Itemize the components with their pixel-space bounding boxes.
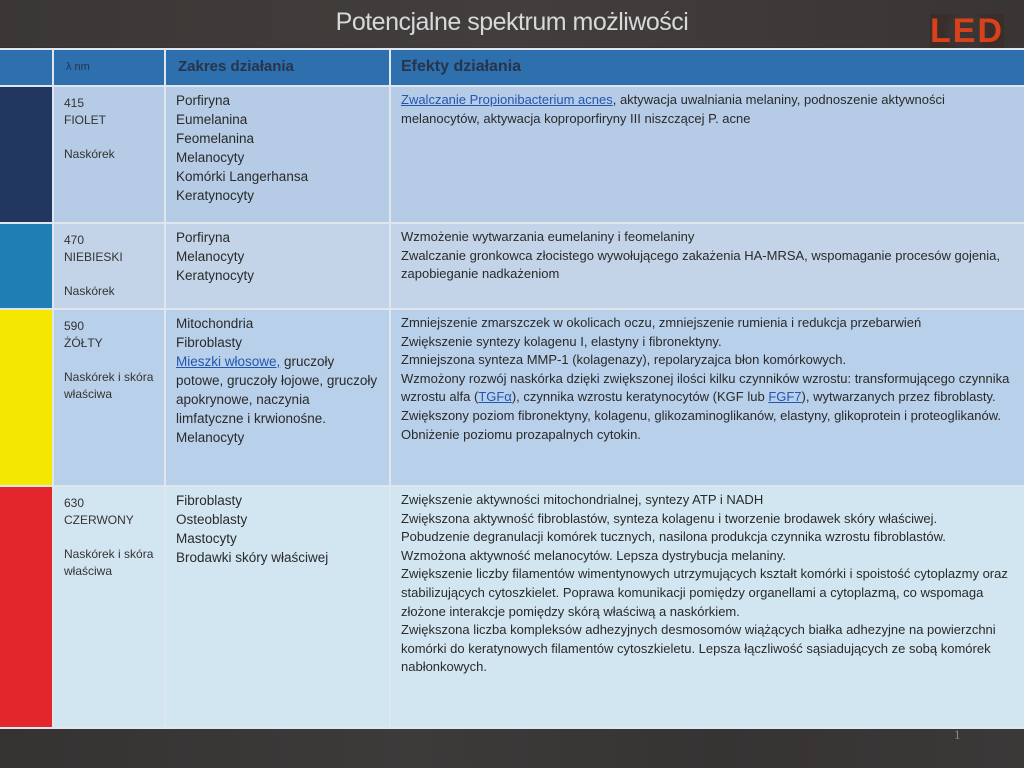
efekty-text: ), wytwarzanych przez fibroblasty.	[802, 389, 996, 404]
efekty-line: Pobudzenie degranulacji komórek tucznych…	[401, 528, 1012, 547]
efekty-cell: Zmniejszenie zmarszczek w okolicach oczu…	[390, 309, 1024, 486]
tgf-alpha-link[interactable]: TGFα	[478, 389, 512, 404]
table-row: 630 CZERWONY Naskórek i skóra właściwa F…	[0, 486, 1024, 728]
zakres-item: Fibroblasty	[176, 333, 379, 352]
wavelength-value: 415	[64, 95, 154, 112]
efekty-line: Zwiększenie aktywności mitochondrialnej,…	[401, 491, 1012, 510]
efekty-line: Zwiększona liczba kompleksów adhezyjnych…	[401, 621, 1012, 677]
zakres-item: Porfiryna	[176, 228, 379, 247]
efekty-line: Zwalczanie gronkowca złocistego wywołują…	[401, 247, 1012, 284]
zakres-item: Melanocyty	[176, 428, 379, 447]
color-swatch-fiolet	[0, 86, 53, 223]
zakres-item: Keratynocyty	[176, 186, 379, 205]
zakres-cell: Porfiryna Melanocyty Keratynocyty	[165, 223, 390, 309]
skin-region: Naskórek i skóra właściwa	[64, 369, 154, 403]
zakres-cell: Mitochondria Fibroblasty Mieszki włosowe…	[165, 309, 390, 486]
zakres-item: Feomelanina	[176, 129, 379, 148]
efekty-line: Wzmożenie wytwarzania eumelaniny i feome…	[401, 228, 1012, 247]
efekty-line-growth-factors: Wzmożony rozwój naskórka dzięki zwiększo…	[401, 370, 1012, 407]
zakres-item: Mitochondria	[176, 314, 379, 333]
page-number: 1	[954, 727, 961, 743]
efekty-line: Zwiększenie syntezy kolagenu I, elastyny…	[401, 333, 1012, 352]
skin-region: Naskórek i skóra właściwa	[64, 546, 154, 580]
wavelength-value: 470	[64, 232, 154, 249]
table-header-row: λ nm Zakres działania Efekty działania	[0, 49, 1024, 86]
zakres-item: Melanocyty	[176, 247, 379, 266]
zakres-cell: Fibroblasty Osteoblasty Mastocyty Brodaw…	[165, 486, 390, 728]
header-zakres: Zakres działania	[165, 49, 390, 86]
mieszki-wlosowe-link[interactable]: Mieszki włosowe,	[176, 354, 280, 369]
color-name: NIEBIESKI	[64, 249, 154, 266]
skin-region: Naskórek	[64, 283, 154, 300]
wavelength-cell: 415 FIOLET Naskórek	[53, 86, 165, 223]
color-name: FIOLET	[64, 112, 154, 129]
spectrum-table: λ nm Zakres działania Efekty działania 4…	[0, 48, 1024, 729]
header-efekty: Efekty działania	[390, 49, 1024, 86]
efekty-cell: Zwiększenie aktywności mitochondrialnej,…	[390, 486, 1024, 728]
table-row: 415 FIOLET Naskórek Porfiryna Eumelanina…	[0, 86, 1024, 223]
efekty-cell: Zwalczanie Propionibacterium acnes, akty…	[390, 86, 1024, 223]
zakres-item: Fibroblasty	[176, 491, 379, 510]
wavelength-cell: 630 CZERWONY Naskórek i skóra właściwa	[53, 486, 165, 728]
wavelength-value: 630	[64, 495, 154, 512]
efekty-cell: Wzmożenie wytwarzania eumelaniny i feome…	[390, 223, 1024, 309]
table-row: 590 ŻÓŁTY Naskórek i skóra właściwa Mito…	[0, 309, 1024, 486]
slide-title: Potencjalne spektrum możliwości	[0, 8, 1024, 37]
table-row: 470 NIEBIESKI Naskórek Porfiryna Melanoc…	[0, 223, 1024, 309]
zakres-item: Mastocyty	[176, 529, 379, 548]
zakres-item: Osteoblasty	[176, 510, 379, 529]
wavelength-value: 590	[64, 318, 154, 335]
led-badge: LED	[930, 14, 1004, 48]
color-swatch-czerwony	[0, 486, 53, 728]
title-bar: Potencjalne spektrum możliwości LED	[0, 0, 1024, 47]
header-wavelength: λ nm	[53, 49, 165, 86]
color-swatch-zolty	[0, 309, 53, 486]
zakres-item: Eumelanina	[176, 110, 379, 129]
skin-region: Naskórek	[64, 146, 154, 163]
zakres-item-glands: Mieszki włosowe, gruczoły potowe, gruczo…	[176, 352, 379, 428]
zakres-cell: Porfiryna Eumelanina Feomelanina Melanoc…	[165, 86, 390, 223]
zakres-item: Komórki Langerhansa	[176, 167, 379, 186]
color-name: CZERWONY	[64, 512, 154, 529]
propionibacterium-link[interactable]: Zwalczanie Propionibacterium acnes	[401, 92, 613, 107]
color-swatch-niebieski	[0, 223, 53, 309]
efekty-line: Zmniejszona synteza MMP-1 (kolagenazy), …	[401, 351, 1012, 370]
efekty-line: Wzmożona aktywność melanocytów. Lepsza d…	[401, 547, 1012, 566]
efekty-text: ), czynnika wzrostu keratynocytów (KGF l…	[512, 389, 768, 404]
slide: Potencjalne spektrum możliwości LED λ nm…	[0, 0, 1024, 768]
efekty-line: Zwiększona aktywność fibroblastów, synte…	[401, 510, 1012, 529]
zakres-item: Keratynocyty	[176, 266, 379, 285]
zakres-item: Brodawki skóry właściwej	[176, 548, 379, 567]
wavelength-cell: 590 ŻÓŁTY Naskórek i skóra właściwa	[53, 309, 165, 486]
efekty-line: Zmniejszenie zmarszczek w okolicach oczu…	[401, 314, 1012, 333]
efekty-line: Zwiększenie liczby filamentów wimentynow…	[401, 565, 1012, 621]
header-color-swatch	[0, 49, 53, 86]
fgf7-link[interactable]: FGF7	[768, 389, 801, 404]
zakres-item: Porfiryna	[176, 91, 379, 110]
color-name: ŻÓŁTY	[64, 335, 154, 352]
wavelength-cell: 470 NIEBIESKI Naskórek	[53, 223, 165, 309]
zakres-item: Melanocyty	[176, 148, 379, 167]
efekty-line: Zwiększony poziom fibronektyny, kolagenu…	[401, 407, 1012, 444]
